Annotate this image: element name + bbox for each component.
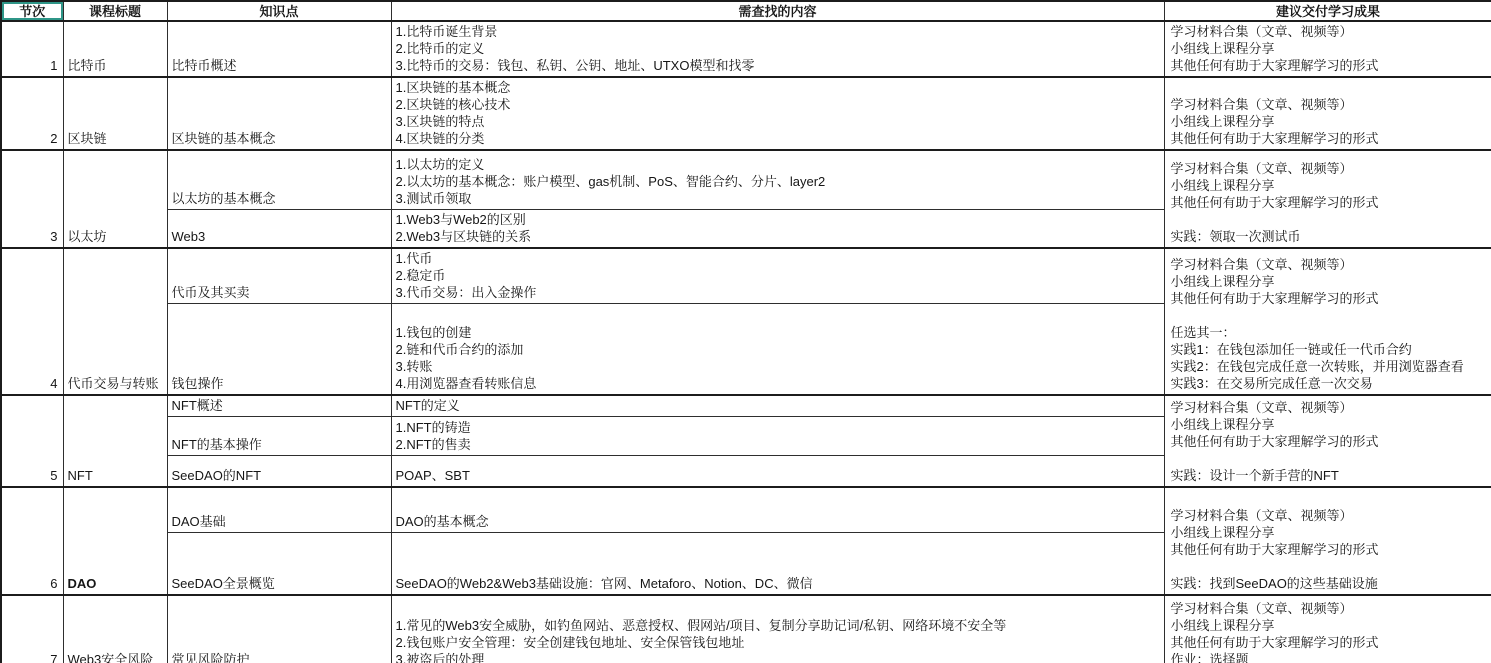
research-content-cell[interactable]: 1.钱包的创建 2.链和代币合约的添加 3.转账 4.用浏览器查看转账信息 [391,303,1164,395]
header-col-deliverables[interactable]: 建议交付学习成果 [1164,1,1491,21]
header-col-course-title[interactable]: 课程标题 [63,1,167,21]
knowledge-point-cell[interactable]: SeeDAO的NFT [167,456,391,487]
course-title-cell[interactable]: Web3安全风险 [63,595,167,663]
table-row: 3 以太坊 以太坊的基本概念 1.以太坊的定义 2.以太坊的基本概念：账户模型、… [1,150,1491,209]
session-number-cell[interactable]: 1 [1,21,63,77]
deliverable-cell[interactable]: 学习材料合集（文章、视频等） 小组线上课程分享 其他任何有助于大家理解学习的形式… [1164,248,1491,396]
table-row: 2 区块链 区块链的基本概念 1.区块链的基本概念 2.区块链的核心技术 3.区… [1,77,1491,150]
research-content-cell[interactable]: SeeDAO的Web2&Web3基础设施：官网、Metaforo、Notion、… [391,533,1164,595]
knowledge-point-cell[interactable]: NFT的基本操作 [167,417,391,456]
table-row: 7 Web3安全风险 常见风险防护 1.常见的Web3安全威胁，如钓鱼网站、恶意… [1,595,1491,663]
knowledge-point-cell[interactable]: Web3 [167,209,391,248]
header-col-knowledge-points[interactable]: 知识点 [167,1,391,21]
deliverable-cell[interactable]: 学习材料合集（文章、视频等） 小组线上课程分享 其他任何有助于大家理解学习的形式 [1164,77,1491,150]
research-content-cell[interactable]: 1.Web3与Web2的区别 2.Web3与区块链的关系 [391,209,1164,248]
knowledge-point-cell[interactable]: NFT概述 [167,395,391,417]
research-content-cell[interactable]: DAO的基本概念 [391,487,1164,533]
course-plan-spreadsheet: 节次 课程标题 知识点 需查找的内容 建议交付学习成果 1 比特币 比特币概述 … [0,0,1491,663]
session-number-cell[interactable]: 2 [1,77,63,150]
selected-header-cell-session[interactable]: 节次 [1,1,63,21]
session-number-cell[interactable]: 4 [1,248,63,396]
header-col-research-content[interactable]: 需查找的内容 [391,1,1164,21]
header-row: 节次 课程标题 知识点 需查找的内容 建议交付学习成果 [1,1,1491,21]
session-number-cell[interactable]: 5 [1,395,63,487]
table-row: 5 NFT NFT概述 NFT的定义 学习材料合集（文章、视频等） 小组线上课程… [1,395,1491,417]
table-row: 1 比特币 比特币概述 1.比特币诞生背景 2.比特币的定义 3.比特币的交易：… [1,21,1491,77]
deliverable-cell[interactable]: 学习材料合集（文章、视频等） 小组线上课程分享 其他任何有助于大家理解学习的形式 [1164,21,1491,77]
knowledge-point-cell[interactable]: SeeDAO全景概览 [167,533,391,595]
knowledge-point-cell[interactable]: 代币及其买卖 [167,248,391,304]
knowledge-point-cell[interactable]: 区块链的基本概念 [167,77,391,150]
session-number-cell[interactable]: 7 [1,595,63,663]
deliverable-cell[interactable]: 学习材料合集（文章、视频等） 小组线上课程分享 其他任何有助于大家理解学习的形式… [1164,150,1491,248]
deliverable-cell[interactable]: 学习材料合集（文章、视频等） 小组线上课程分享 其他任何有助于大家理解学习的形式… [1164,595,1491,663]
course-title-cell[interactable]: DAO [63,487,167,595]
table-row: 4 代币交易与转账 代币及其买卖 1.代币 2.稳定币 3.代币交易：出入金操作… [1,248,1491,304]
deliverable-cell[interactable]: 学习材料合集（文章、视频等） 小组线上课程分享 其他任何有助于大家理解学习的形式… [1164,487,1491,595]
table-row: 6 DAO DAO基础 DAO的基本概念 学习材料合集（文章、视频等） 小组线上… [1,487,1491,533]
session-number-cell[interactable]: 3 [1,150,63,248]
research-content-cell[interactable]: NFT的定义 [391,395,1164,417]
course-title-cell[interactable]: 代币交易与转账 [63,248,167,396]
session-number-cell[interactable]: 6 [1,487,63,595]
course-title-cell[interactable]: 比特币 [63,21,167,77]
research-content-cell[interactable]: 1.比特币诞生背景 2.比特币的定义 3.比特币的交易：钱包、私钥、公钥、地址、… [391,21,1164,77]
knowledge-point-cell[interactable]: DAO基础 [167,487,391,533]
deliverable-cell[interactable]: 学习材料合集（文章、视频等） 小组线上课程分享 其他任何有助于大家理解学习的形式… [1164,395,1491,487]
research-content-cell[interactable]: 1.NFT的铸造 2.NFT的售卖 [391,417,1164,456]
course-title-cell[interactable]: NFT [63,395,167,487]
knowledge-point-cell[interactable]: 比特币概述 [167,21,391,77]
research-content-cell[interactable]: 1.常见的Web3安全威胁，如钓鱼网站、恶意授权、假网站/项目、复制分享助记词/… [391,595,1164,663]
course-title-cell[interactable]: 以太坊 [63,150,167,248]
research-content-cell[interactable]: 1.代币 2.稳定币 3.代币交易：出入金操作 [391,248,1164,304]
course-title-cell[interactable]: 区块链 [63,77,167,150]
research-content-cell[interactable]: 1.以太坊的定义 2.以太坊的基本概念：账户模型、gas机制、PoS、智能合约、… [391,150,1164,209]
knowledge-point-cell[interactable]: 常见风险防护 [167,595,391,663]
knowledge-point-cell[interactable]: 以太坊的基本概念 [167,150,391,209]
knowledge-point-cell[interactable]: 钱包操作 [167,303,391,395]
research-content-cell[interactable]: 1.区块链的基本概念 2.区块链的核心技术 3.区块链的特点 4.区块链的分类 [391,77,1164,150]
research-content-cell[interactable]: POAP、SBT [391,456,1164,487]
